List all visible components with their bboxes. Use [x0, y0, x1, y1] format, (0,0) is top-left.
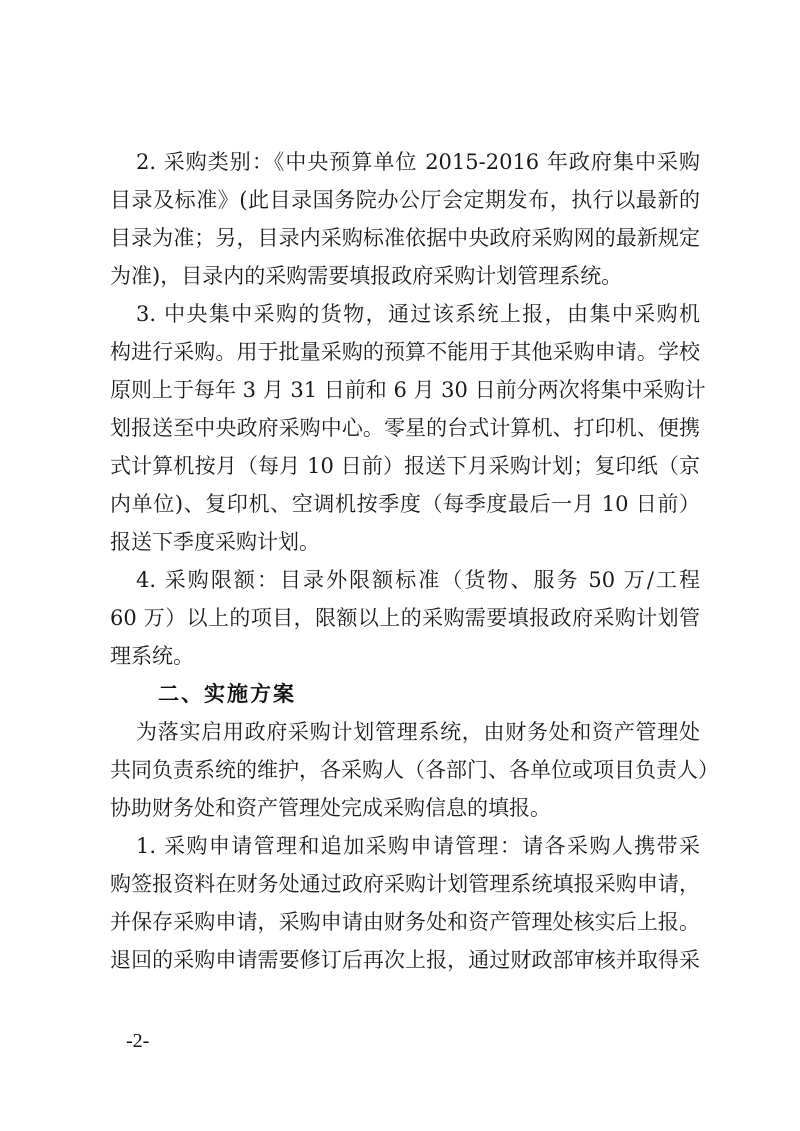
text-line: 3. 中央集中采购的货物，通过该系统上报，由集中采购机 — [136, 301, 700, 327]
text-line: 购签报资料在财务处通过政府采购计划管理系统填报采购申请， — [110, 871, 700, 897]
section-heading: 二、实施方案 — [158, 681, 296, 707]
text-line: 协助财务处和资产管理处完成采购信息的填报。 — [110, 795, 700, 821]
page-number: -2- — [126, 1030, 149, 1053]
text-line: 式计算机按月（每月 10 日前）报送下月采购计划；复印纸（京 — [110, 453, 700, 479]
text-line: 共同负责系统的维护，各采购人（各部门、各单位或项目负责人） — [110, 757, 700, 783]
text-line: 目录及标准》(此目录国务院办公厅会定期发布，执行以最新的 — [110, 187, 700, 213]
text-line: 目录为准；另，目录内采购标准依据中央政府采购网的最新规定 — [110, 225, 700, 251]
text-line: 为落实启用政府采购计划管理系统，由财务处和资产管理处 — [136, 719, 700, 745]
text-line: 内单位)、复印机、空调机按季度（每季度最后一月 10 日前） — [110, 491, 700, 517]
text-line: 原则上于每年 3 月 31 日前和 6 月 30 日前分两次将集中采购计 — [110, 377, 700, 403]
text-line: 报送下季度采购计划。 — [110, 529, 700, 555]
document-page: 2. 采购类别：《中央预算单位 2015-2016 年政府集中采购 目录及标准》… — [0, 0, 800, 1131]
text-line: 2. 采购类别：《中央预算单位 2015-2016 年政府集中采购 — [136, 149, 700, 175]
text-line: 60 万）以上的项目，限额以上的采购需要填报政府采购计划管 — [110, 605, 700, 631]
text-line: 理系统。 — [110, 643, 700, 669]
text-line: 划报送至中央政府采购中心。零星的台式计算机、打印机、便携 — [110, 415, 700, 441]
text-line: 4. 采购限额：目录外限额标准（货物、服务 50 万/工程 — [136, 567, 700, 593]
text-line: 1. 采购申请管理和追加采购申请管理：请各采购人携带采 — [136, 833, 700, 859]
text-line: 并保存采购申请，采购申请由财务处和资产管理处核实后上报。 — [110, 909, 700, 935]
text-line: 构进行采购。用于批量采购的预算不能用于其他采购申请。学校 — [110, 339, 700, 365]
text-line: 退回的采购申请需要修订后再次上报，通过财政部审核并取得采 — [110, 947, 700, 973]
text-line: 为准)，目录内的采购需要填报政府采购计划管理系统。 — [110, 263, 700, 289]
